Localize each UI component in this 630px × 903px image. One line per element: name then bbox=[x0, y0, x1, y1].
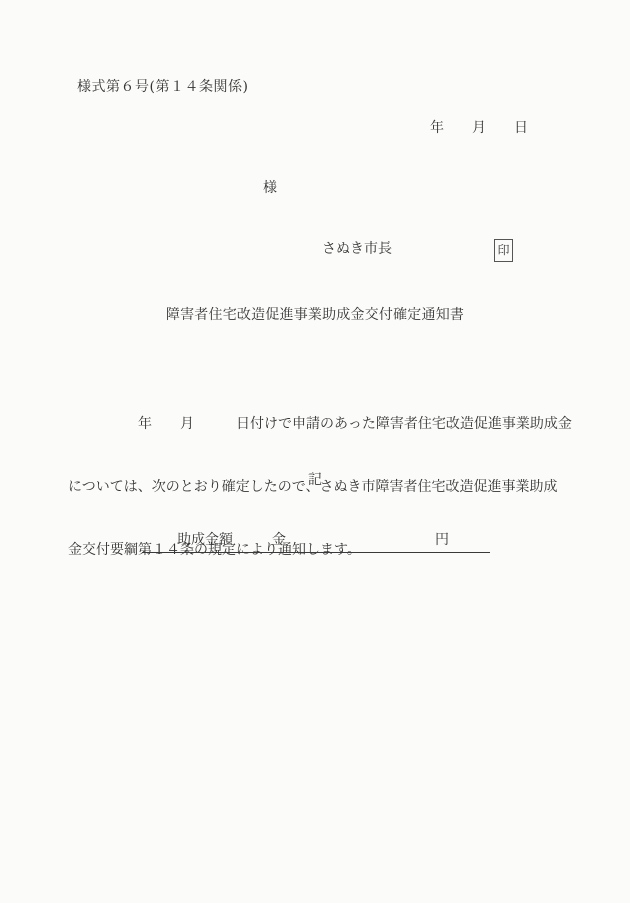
form-number: 様式第６号(第１４条関係) bbox=[77, 77, 248, 97]
ki-marker: 記 bbox=[0, 470, 630, 490]
sender-name: さぬき市長 bbox=[322, 239, 392, 259]
grant-currency-suffix: 円 bbox=[435, 530, 449, 550]
body-line-1: 年 月 日付けで申請のあった障害者住宅改造促進事業助成金 bbox=[68, 414, 568, 435]
date-line: 年 月 日 bbox=[430, 118, 528, 138]
grant-currency-prefix: 金 bbox=[272, 530, 286, 550]
document-page: 様式第６号(第１４条関係) 年 月 日 様 さぬき市長 印 障害者住宅改造促進事… bbox=[0, 0, 630, 903]
seal-label: 印 bbox=[497, 243, 509, 257]
grant-amount-label: 助成金額 bbox=[177, 530, 233, 550]
grant-amount-row: 助成金額 金 円 bbox=[142, 530, 490, 553]
seal-box: 印 bbox=[494, 239, 513, 262]
document-title: 障害者住宅改造促進事業助成金交付確定通知書 bbox=[0, 305, 630, 325]
addressee-honorific: 様 bbox=[263, 178, 277, 198]
